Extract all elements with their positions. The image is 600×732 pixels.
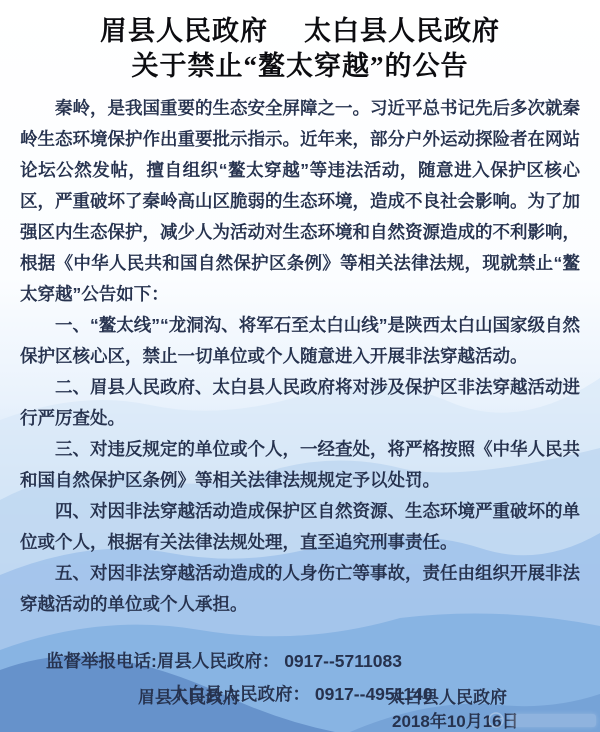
title-line-subject: 关于禁止“鳌太穿越”的公告 (20, 49, 580, 84)
paragraph-intro: 秦岭，是我国重要的生态安全屏障之一。习近平总书记先后多次就秦岭生态环境保护作出重… (20, 93, 580, 310)
announcement-page: 眉县人民政府太白县人民政府 关于禁止“鳌太穿越”的公告 秦岭，是我国重要的生态安… (0, 0, 600, 732)
paragraph-item-5: 五、对因非法穿越活动造成的人身伤亡等事故，责任由组织开展非法穿越活动的单位或个人… (20, 558, 580, 620)
signature-taibai: 太白县人民政府 (388, 686, 507, 710)
watermark-blur (510, 714, 596, 727)
announcement-content: 眉县人民政府太白县人民政府 关于禁止“鳌太穿越”的公告 秦岭，是我国重要的生态安… (0, 0, 600, 711)
title-line-issuers: 眉县人民政府太白县人民政府 (20, 14, 580, 49)
paragraph-item-1: 一、“鳌太线”“龙洞沟、将军石至太白山线”是陕西太白山国家级自然保护区核心区，禁… (20, 310, 580, 372)
weibo-watermark (486, 710, 596, 730)
paragraph-item-4: 四、对因非法穿越活动造成保护区自然资源、生态环境严重破坏的单位或个人，根据有关法… (20, 496, 580, 558)
paragraph-item-3: 三、对违反规定的单位或个人，一经查处，将严格按照《中华人民共和国自然保护区条例》… (20, 434, 580, 496)
signature-meixian: 眉县人民政府 (138, 686, 240, 710)
hotline-meixian: 监督举报电话:眉县人民政府： 0917--5711083 (46, 645, 580, 678)
watermark-icon (486, 710, 506, 730)
announcement-title: 眉县人民政府太白县人民政府 关于禁止“鳌太穿越”的公告 (20, 14, 580, 84)
title-issuer-meixian: 眉县人民政府 (100, 16, 268, 46)
title-issuer-taibai: 太白县人民政府 (304, 16, 500, 46)
paragraph-item-2: 二、眉县人民政府、太白县人民政府将对涉及保护区非法穿越活动进行严厉查处。 (20, 372, 580, 434)
announcement-body: 秦岭，是我国重要的生态安全屏障之一。习近平总书记先后多次就秦岭生态环境保护作出重… (20, 93, 580, 620)
